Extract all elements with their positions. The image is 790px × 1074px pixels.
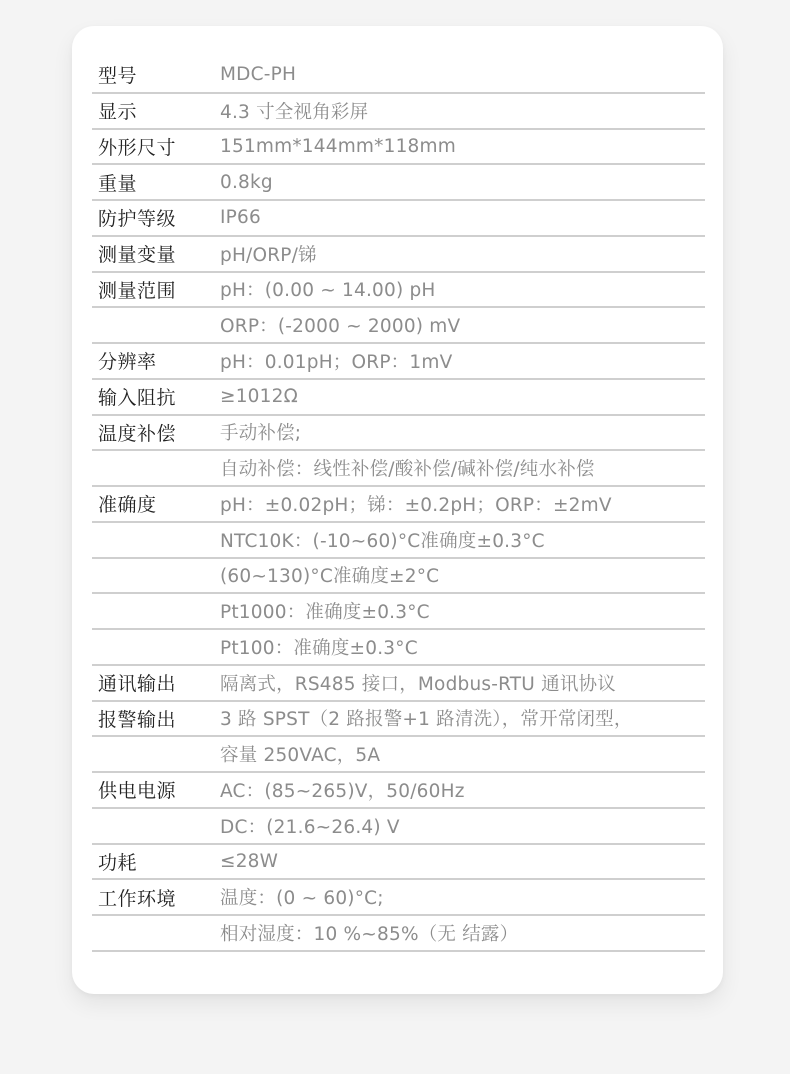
spec-label: 防护等级 (92, 204, 220, 231)
spec-row-measurement-range-cont: ORP：(-2000 ~ 2000) mV (92, 308, 705, 344)
spec-label: 测量变量 (92, 240, 220, 267)
spec-row-operating-environment-cont: 相对湿度：10 %~85%（无 结露） (92, 916, 705, 952)
spec-row-measurement-range: 测量范围 pH：(0.00 ~ 14.00) pH (92, 273, 705, 309)
spec-row-protection-rating: 防护等级 IP66 (92, 201, 705, 237)
spec-row-weight: 重量 0.8kg (92, 165, 705, 201)
spec-row-model: 型号 MDC-PH (92, 58, 705, 94)
spec-label: 准确度 (92, 490, 220, 517)
spec-card: 型号 MDC-PH 显示 4.3 寸全视角彩屏 外形尺寸 151mm*144mm… (72, 26, 723, 994)
spec-value: pH：±0.02pH；锑：±0.2pH；ORP：±2mV (220, 491, 705, 517)
spec-value: ≥1012Ω (220, 386, 705, 407)
spec-row-display: 显示 4.3 寸全视角彩屏 (92, 94, 705, 130)
spec-row-temp-compensation-cont: 自动补偿：线性补偿/酸补偿/碱补偿/纯水补偿 (92, 451, 705, 487)
spec-row-measured-variables: 测量变量 pH/ORP/锑 (92, 237, 705, 273)
spec-value: Pt1000：准确度±0.3°C (220, 598, 705, 624)
spec-row-dimensions: 外形尺寸 151mm*144mm*118mm (92, 130, 705, 166)
spec-value: 0.8kg (220, 172, 705, 193)
spec-label: 分辨率 (92, 347, 220, 374)
spec-label: 工作环境 (92, 884, 220, 911)
spec-value: ≤28W (220, 851, 705, 872)
spec-row-alarm-output: 报警输出 3 路 SPST（2 路报警+1 路清洗），常开常闭型， (92, 702, 705, 738)
spec-row-input-impedance: 输入阻抗 ≥1012Ω (92, 380, 705, 416)
spec-label: 供电电源 (92, 776, 220, 803)
spec-value: pH/ORP/锑 (220, 241, 705, 267)
spec-value: NTC10K：(-10~60)°C准确度±0.3°C (220, 527, 705, 553)
spec-row-power-supply: 供电电源 AC：(85~265)V，50/60Hz (92, 773, 705, 809)
spec-value: pH：(0.00 ~ 14.00) pH (220, 276, 705, 302)
spec-row-accuracy-high-temp: (60~130)°C准确度±2°C (92, 559, 705, 595)
spec-label: 型号 (92, 61, 220, 88)
spec-value: 温度：(0 ~ 60)°C; (220, 884, 705, 910)
spec-label: 输入阻抗 (92, 383, 220, 410)
spec-value: 容量 250VAC，5A (220, 741, 705, 767)
spec-label: 外形尺寸 (92, 133, 220, 160)
spec-row-accuracy: 准确度 pH：±0.02pH；锑：±0.2pH；ORP：±2mV (92, 487, 705, 523)
spec-row-alarm-output-cont: 容量 250VAC，5A (92, 737, 705, 773)
spec-value: (60~130)°C准确度±2°C (220, 562, 705, 588)
spec-value: Pt100：准确度±0.3°C (220, 634, 705, 660)
spec-row-accuracy-ntc10k: NTC10K：(-10~60)°C准确度±0.3°C (92, 523, 705, 559)
spec-label: 温度补偿 (92, 419, 220, 446)
spec-value: 自动补偿：线性补偿/酸补偿/碱补偿/纯水补偿 (220, 455, 705, 481)
spec-row-resolution: 分辨率 pH：0.01pH；ORP：1mV (92, 344, 705, 380)
spec-row-power-supply-cont: DC：(21.6~26.4) V (92, 809, 705, 845)
spec-value: ORP：(-2000 ~ 2000) mV (220, 312, 705, 338)
spec-table: 型号 MDC-PH 显示 4.3 寸全视角彩屏 外形尺寸 151mm*144mm… (92, 58, 705, 952)
spec-value: IP66 (220, 207, 705, 228)
spec-row-temp-compensation: 温度补偿 手动补偿; (92, 416, 705, 452)
spec-value: MDC-PH (220, 64, 705, 85)
spec-label: 报警输出 (92, 705, 220, 732)
spec-value: 3 路 SPST（2 路报警+1 路清洗），常开常闭型， (220, 705, 705, 731)
spec-value: 151mm*144mm*118mm (220, 136, 705, 157)
spec-row-accuracy-pt1000: Pt1000：准确度±0.3°C (92, 594, 705, 630)
spec-value: pH：0.01pH；ORP：1mV (220, 348, 705, 374)
spec-label: 测量范围 (92, 276, 220, 303)
spec-row-operating-environment: 工作环境 温度：(0 ~ 60)°C; (92, 880, 705, 916)
spec-label: 显示 (92, 97, 220, 124)
spec-value: DC：(21.6~26.4) V (220, 813, 705, 839)
spec-row-communication-output: 通讯输出 隔离式，RS485 接口，Modbus-RTU 通讯协议 (92, 666, 705, 702)
spec-value: 相对湿度：10 %~85%（无 结露） (220, 920, 705, 946)
spec-row-power-consumption: 功耗 ≤28W (92, 845, 705, 881)
spec-label: 功耗 (92, 848, 220, 875)
spec-value: 手动补偿; (220, 419, 705, 445)
spec-value: 隔离式，RS485 接口，Modbus-RTU 通讯协议 (220, 670, 705, 696)
spec-row-accuracy-pt100: Pt100：准确度±0.3°C (92, 630, 705, 666)
spec-label: 通讯输出 (92, 669, 220, 696)
spec-label: 重量 (92, 169, 220, 196)
spec-value: 4.3 寸全视角彩屏 (220, 98, 705, 124)
spec-value: AC：(85~265)V，50/60Hz (220, 777, 705, 803)
